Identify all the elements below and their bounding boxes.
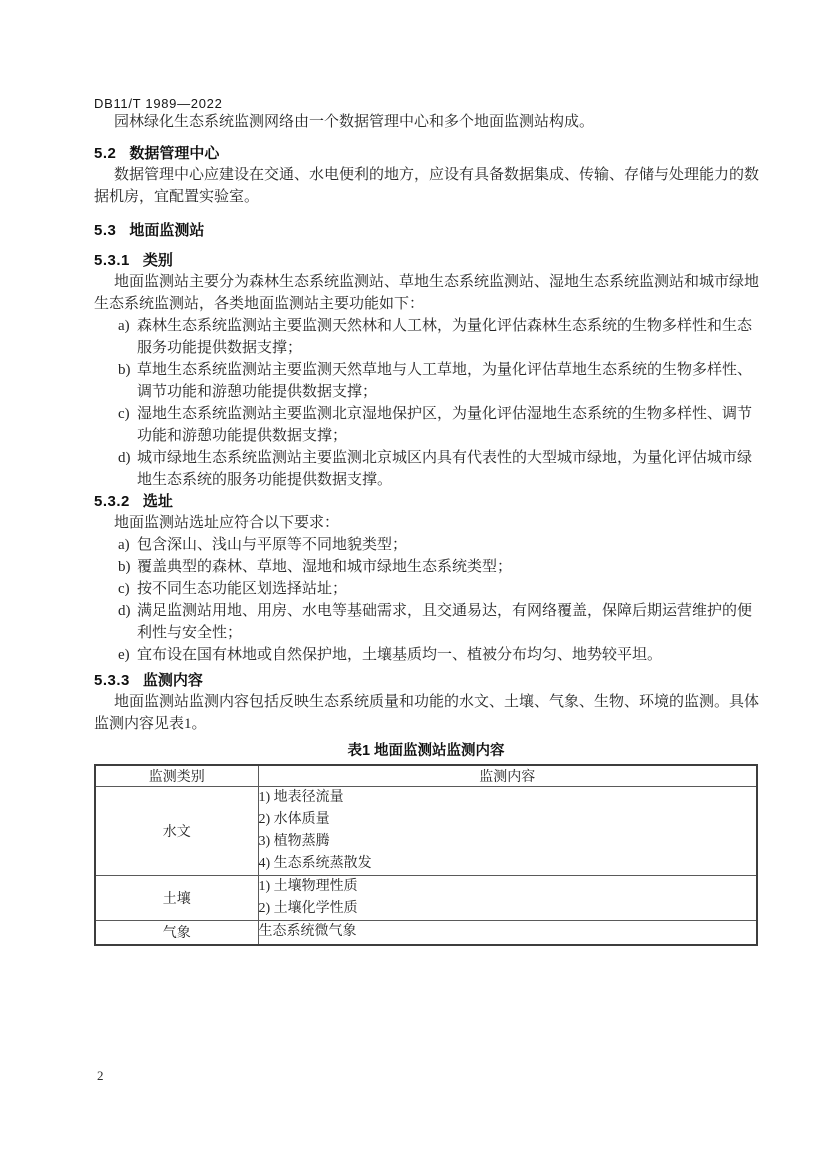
table-header-row: 监测类别 监测内容	[95, 765, 757, 787]
list-item: a) 包含深山、浅山与平原等不同地貌类型；	[94, 534, 760, 556]
section-title: 类别	[143, 251, 173, 271]
list-item: d) 城市绿地生态系统监测站主要监测北京城区内具有代表性的大型城市绿地，为量化评…	[94, 447, 760, 491]
list-5-3-1: a) 森林生态系统监测站主要监测天然林和人工林，为量化评估森林生态系统的生物多样…	[94, 315, 760, 491]
content-cell: 生态系统微气象	[258, 921, 757, 945]
list-text: 森林生态系统监测站主要监测天然林和人工林，为量化评估森林生态系统的生物多样性和生…	[137, 318, 752, 356]
section-heading-5-2: 5.2 数据管理中心	[94, 144, 760, 164]
header-cell-category: 监测类别	[95, 765, 258, 787]
section-heading-5-3: 5.3 地面监测站	[94, 221, 760, 241]
list-item: d) 满足监测站用地、用房、水电等基础需求，且交通易达，有网络覆盖，保障后期运营…	[94, 600, 760, 644]
content-line: 2) 土壤化学性质	[259, 898, 757, 920]
intro-paragraph: 园林绿化生态系统监测网络由一个数据管理中心和多个地面监测站构成。	[94, 111, 760, 133]
list-marker: b)	[118, 556, 131, 578]
section-title: 地面监测站	[129, 221, 204, 241]
content-line: 1) 土壤物理性质	[259, 876, 757, 898]
page-number: 2	[97, 1068, 104, 1084]
content-cell: 1) 土壤物理性质 2) 土壤化学性质	[258, 876, 757, 921]
list-text: 宜布设在国有林地或自然保护地，土壤基质均一、植被分布均匀、地势较平坦。	[137, 647, 662, 663]
paragraph-5-3-1: 地面监测站主要分为森林生态系统监测站、草地生态系统监测站、湿地生态系统监测站和城…	[94, 271, 760, 315]
content-line: 1) 地表径流量	[259, 787, 757, 809]
section-number: 5.3.2	[94, 492, 130, 512]
content-cell: 1) 地表径流量 2) 水体质量 3) 植物蒸腾 4) 生态系统蒸散发	[258, 787, 757, 876]
section-number: 5.3.1	[94, 251, 130, 271]
list-item: a) 森林生态系统监测站主要监测天然林和人工林，为量化评估森林生态系统的生物多样…	[94, 315, 760, 359]
table-caption: 表1 地面监测站监测内容	[94, 742, 758, 760]
content-line: 4) 生态系统蒸散发	[259, 853, 757, 875]
category-cell: 水文	[95, 787, 258, 876]
list-marker: c)	[118, 403, 130, 425]
content-line: 3) 植物蒸腾	[259, 831, 757, 853]
category-cell: 土壤	[95, 876, 258, 921]
list-marker: b)	[118, 359, 131, 381]
list-item: c) 按不同生态功能区划选择站址；	[94, 578, 760, 600]
list-text: 按不同生态功能区划选择站址；	[137, 581, 347, 597]
header-cell-content: 监测内容	[258, 765, 757, 787]
section-number: 5.3.3	[94, 671, 130, 691]
content-line: 2) 水体质量	[259, 809, 757, 831]
section-title: 数据管理中心	[129, 144, 219, 164]
paragraph-5-3-3: 地面监测站监测内容包括反映生态系统质量和功能的水文、土壤、气象、生物、环境的监测…	[94, 691, 760, 735]
table-monitoring-content: 监测类别 监测内容 水文 1) 地表径流量 2) 水体质量 3) 植物蒸腾 4)…	[94, 764, 758, 946]
list-item: b) 覆盖典型的森林、草地、湿地和城市绿地生态系统类型；	[94, 556, 760, 578]
list-item: b) 草地生态系统监测站主要监测天然草地与人工草地，为量化评估草地生态系统的生物…	[94, 359, 760, 403]
list-marker: a)	[118, 534, 130, 556]
list-marker: d)	[118, 600, 131, 622]
section-title: 选址	[143, 492, 173, 512]
list-text: 满足监测站用地、用房、水电等基础需求，且交通易达，有网络覆盖，保障后期运营维护的…	[137, 603, 752, 641]
list-text: 湿地生态系统监测站主要监测北京湿地保护区，为量化评估湿地生态系统的生物多样性、调…	[137, 406, 752, 444]
paragraph-5-2: 数据管理中心应建设在交通、水电便利的地方，应设有具备数据集成、传输、存储与处理能…	[94, 164, 760, 208]
list-5-3-2: a) 包含深山、浅山与平原等不同地貌类型； b) 覆盖典型的森林、草地、湿地和城…	[94, 534, 760, 666]
list-text: 城市绿地生态系统监测站主要监测北京城区内具有代表性的大型城市绿地，为量化评估城市…	[137, 450, 752, 488]
table-row: 水文 1) 地表径流量 2) 水体质量 3) 植物蒸腾 4) 生态系统蒸散发	[95, 787, 757, 876]
section-heading-5-3-3: 5.3.3 监测内容	[94, 671, 760, 691]
doc-code: DB11/T 1989—2022	[94, 96, 760, 111]
section-heading-5-3-1: 5.3.1 类别	[94, 251, 760, 271]
category-cell: 气象	[95, 921, 258, 945]
list-text: 包含深山、浅山与平原等不同地貌类型；	[137, 537, 407, 553]
list-item: e) 宜布设在国有林地或自然保护地，土壤基质均一、植被分布均匀、地势较平坦。	[94, 644, 760, 666]
list-text: 草地生态系统监测站主要监测天然草地与人工草地，为量化评估草地生态系统的生物多样性…	[137, 362, 752, 400]
list-marker: e)	[118, 644, 130, 666]
list-item: c) 湿地生态系统监测站主要监测北京湿地保护区，为量化评估湿地生态系统的生物多样…	[94, 403, 760, 447]
section-heading-5-3-2: 5.3.2 选址	[94, 492, 760, 512]
section-number: 5.3	[94, 221, 116, 241]
document-page: DB11/T 1989—2022 园林绿化生态系统监测网络由一个数据管理中心和多…	[0, 0, 826, 1169]
content-line: 生态系统微气象	[259, 921, 757, 943]
paragraph-5-3-2: 地面监测站选址应符合以下要求：	[94, 512, 760, 534]
list-marker: a)	[118, 315, 130, 337]
section-number: 5.2	[94, 144, 116, 164]
list-marker: d)	[118, 447, 131, 469]
section-title: 监测内容	[143, 671, 203, 691]
list-text: 覆盖典型的森林、草地、湿地和城市绿地生态系统类型；	[137, 559, 512, 575]
table-row: 土壤 1) 土壤物理性质 2) 土壤化学性质	[95, 876, 757, 921]
list-marker: c)	[118, 578, 130, 600]
table-row: 气象 生态系统微气象	[95, 921, 757, 945]
